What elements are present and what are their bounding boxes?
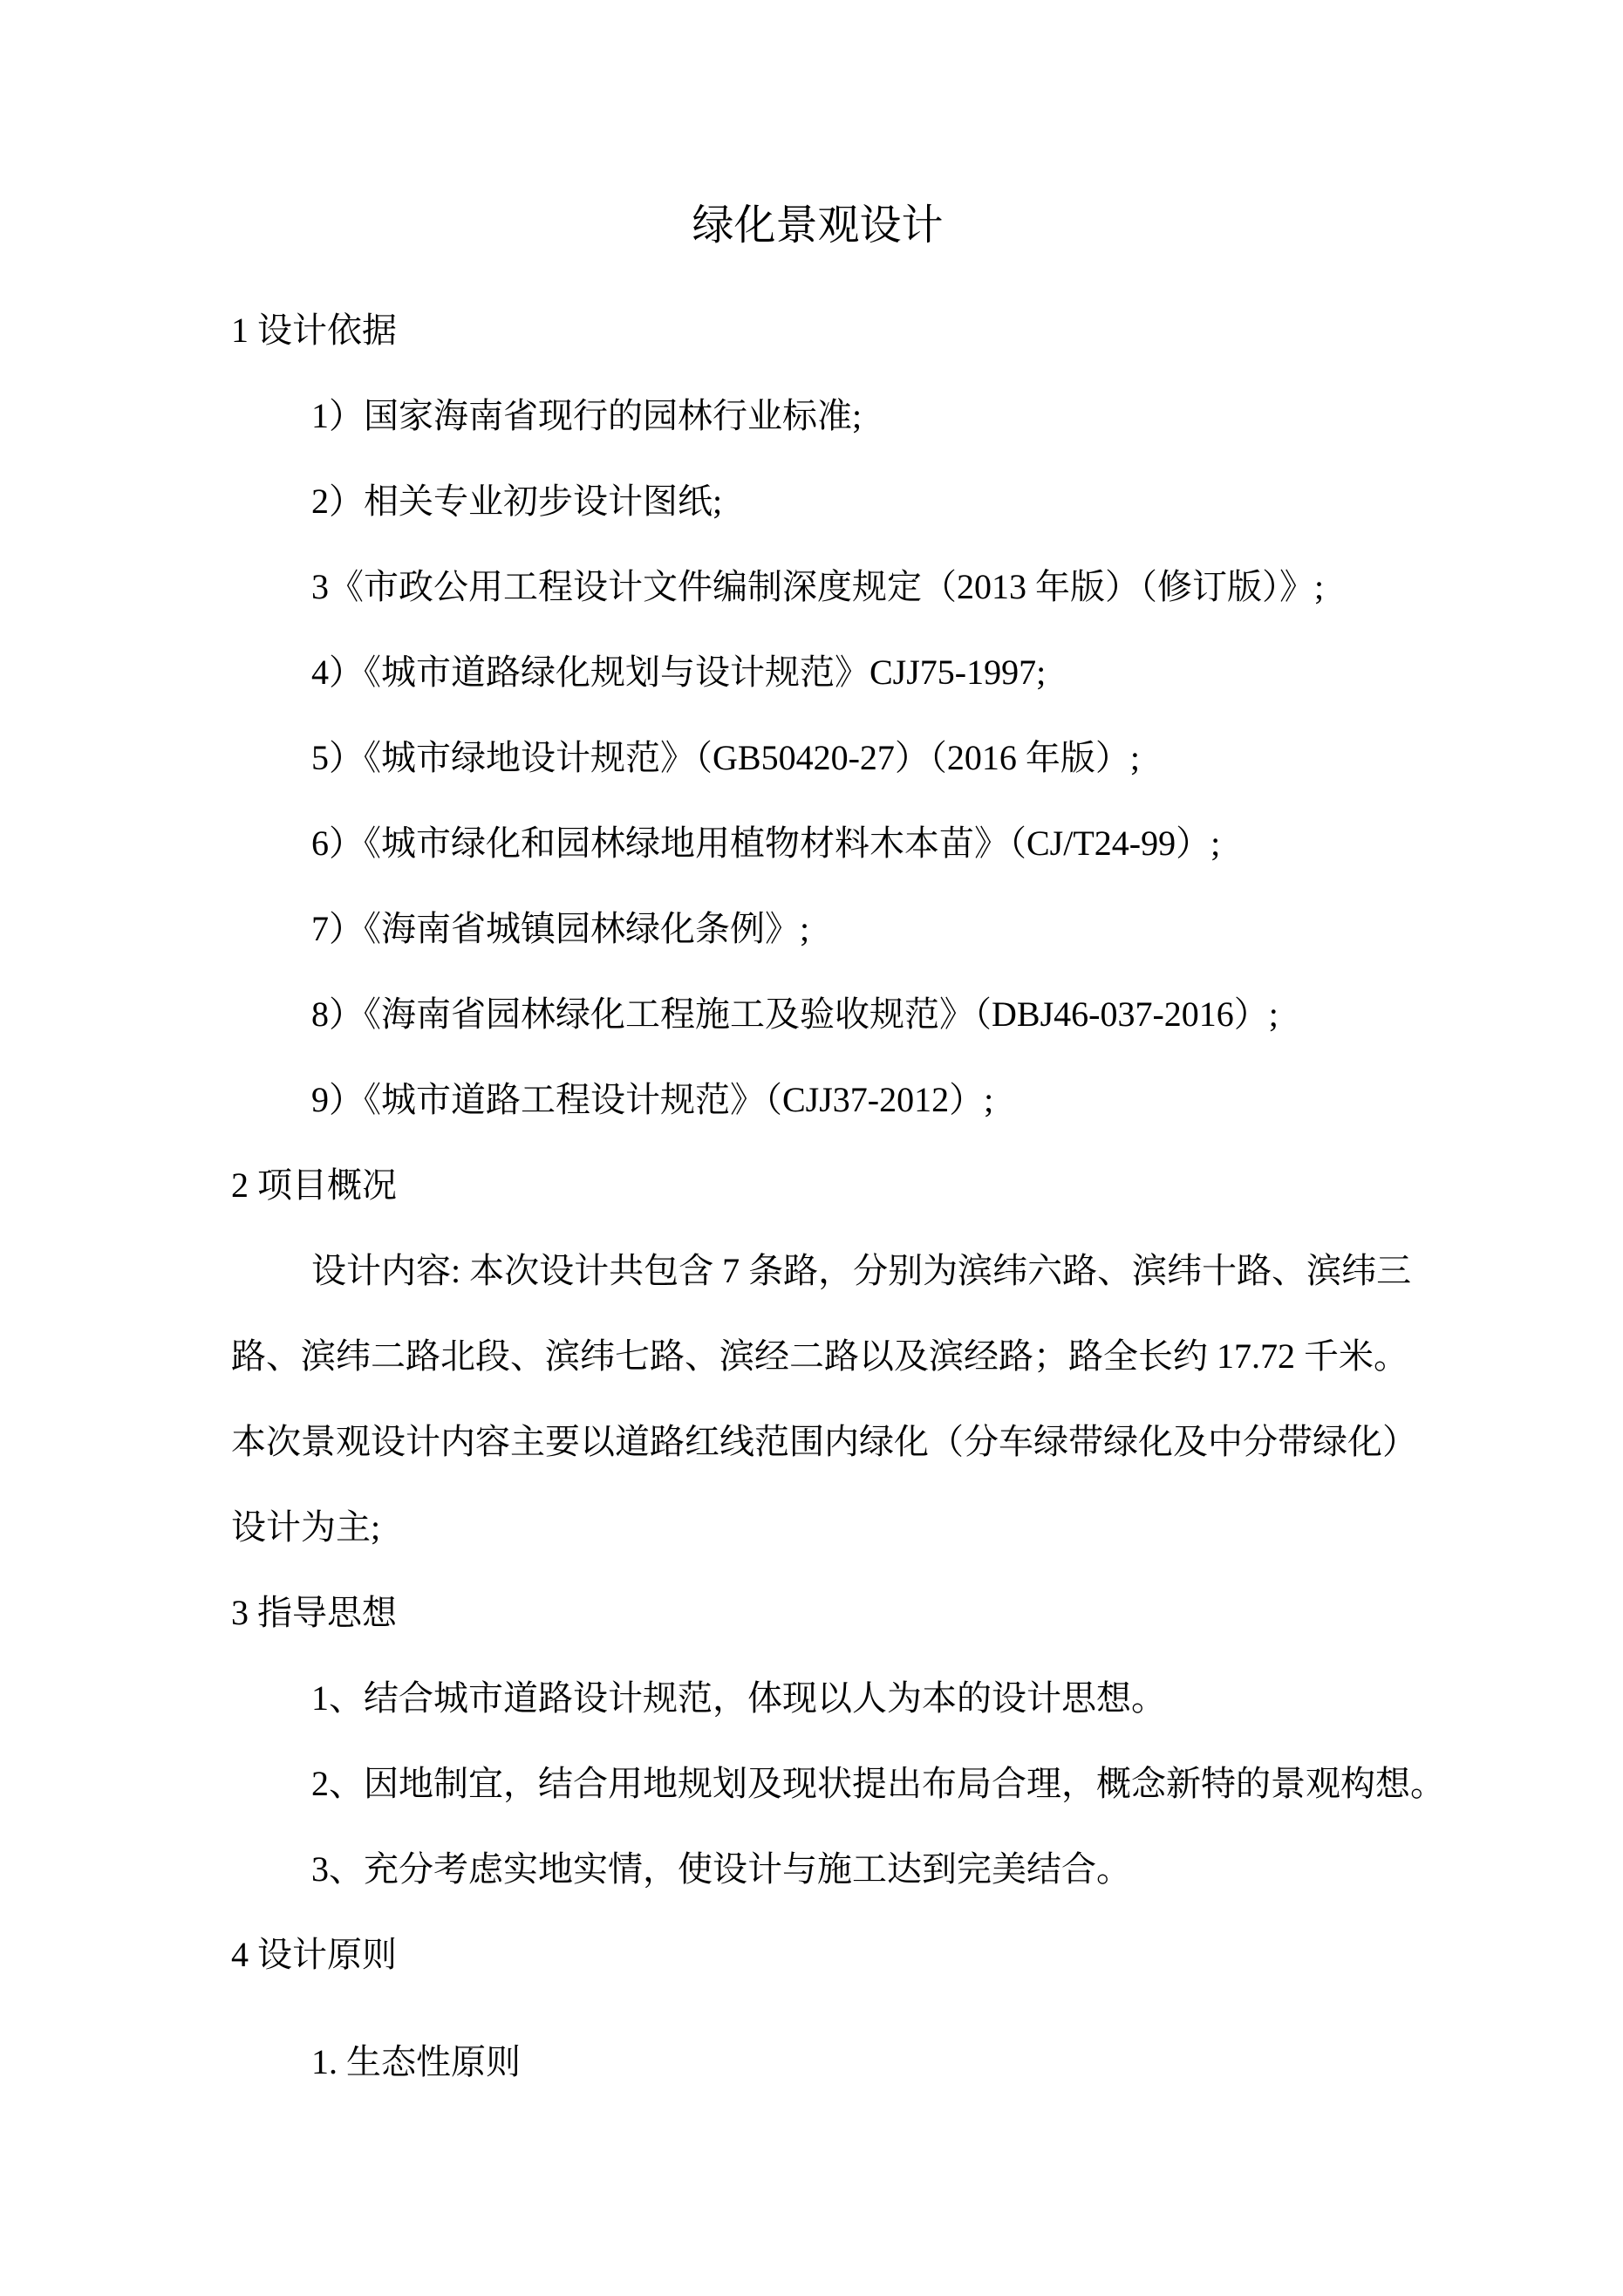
list-item: 3《市政公用工程设计文件编制深度规定（2013 年版）（修订版）》; — [231, 544, 1404, 630]
list-item: 2）相关专业初步设计图纸; — [231, 459, 1404, 544]
document-content: 绿化景观设计 1 设计依据 1）国家海南省现行的园林行业标准; 2）相关专业初步… — [0, 183, 1623, 2105]
document-page: 绿化景观设计 1 设计依据 1）国家海南省现行的园林行业标准; 2）相关专业初步… — [0, 0, 1623, 2296]
list-item: 6）《城市绿化和园林绿地用植物材料木本苗》（CJ/T24-99）; — [231, 801, 1404, 886]
list-item: 1、结合城市道路设计规范，体现以人为本的设计思想。 — [231, 1656, 1404, 1741]
list-item: 8）《海南省园林绿化工程施工及验收规范》（DBJ46-037-2016）; — [231, 972, 1404, 1057]
list-item: 1）国家海南省现行的园林行业标准; — [231, 373, 1404, 459]
section-heading-design-basis: 1 设计依据 — [231, 288, 1404, 373]
list-item: 7）《海南省城镇园林绿化条例》; — [231, 886, 1404, 972]
section-heading-guiding-ideology: 3 指导思想 — [231, 1570, 1404, 1656]
document-title: 绿化景观设计 — [231, 183, 1404, 269]
paragraph-line: 本次景观设计内容主要以道路红线范围内绿化（分车绿带绿化及中分带绿化） — [231, 1399, 1404, 1485]
paragraph-line: 路、滨纬二路北段、滨纬七路、滨经二路以及滨经路；路全长约 17.72 千米。 — [231, 1314, 1404, 1399]
list-item: 1. 生态性原则 — [231, 2019, 1404, 2105]
list-item: 9）《城市道路工程设计规范》（CJJ37-2012）; — [231, 1057, 1404, 1143]
paragraph-line: 设计内容: 本次设计共包含 7 条路，分别为滨纬六路、滨纬十路、滨纬三 — [231, 1228, 1404, 1314]
list-item: 5）《城市绿地设计规范》（GB50420-27）（2016 年版）; — [231, 715, 1404, 801]
paragraph-line: 设计为主; — [231, 1485, 1404, 1570]
list-item: 4）《城市道路绿化规划与设计规范》CJJ75-1997; — [231, 630, 1404, 715]
section-heading-design-principles: 4 设计原则 — [231, 1912, 1404, 1998]
list-item: 3、充分考虑实地实情，使设计与施工达到完美结合。 — [231, 1827, 1404, 1912]
section-heading-project-overview: 2 项目概况 — [231, 1143, 1404, 1228]
list-item: 2、因地制宜，结合用地规划及现状提出布局合理，概念新特的景观构想。 — [231, 1741, 1404, 1827]
